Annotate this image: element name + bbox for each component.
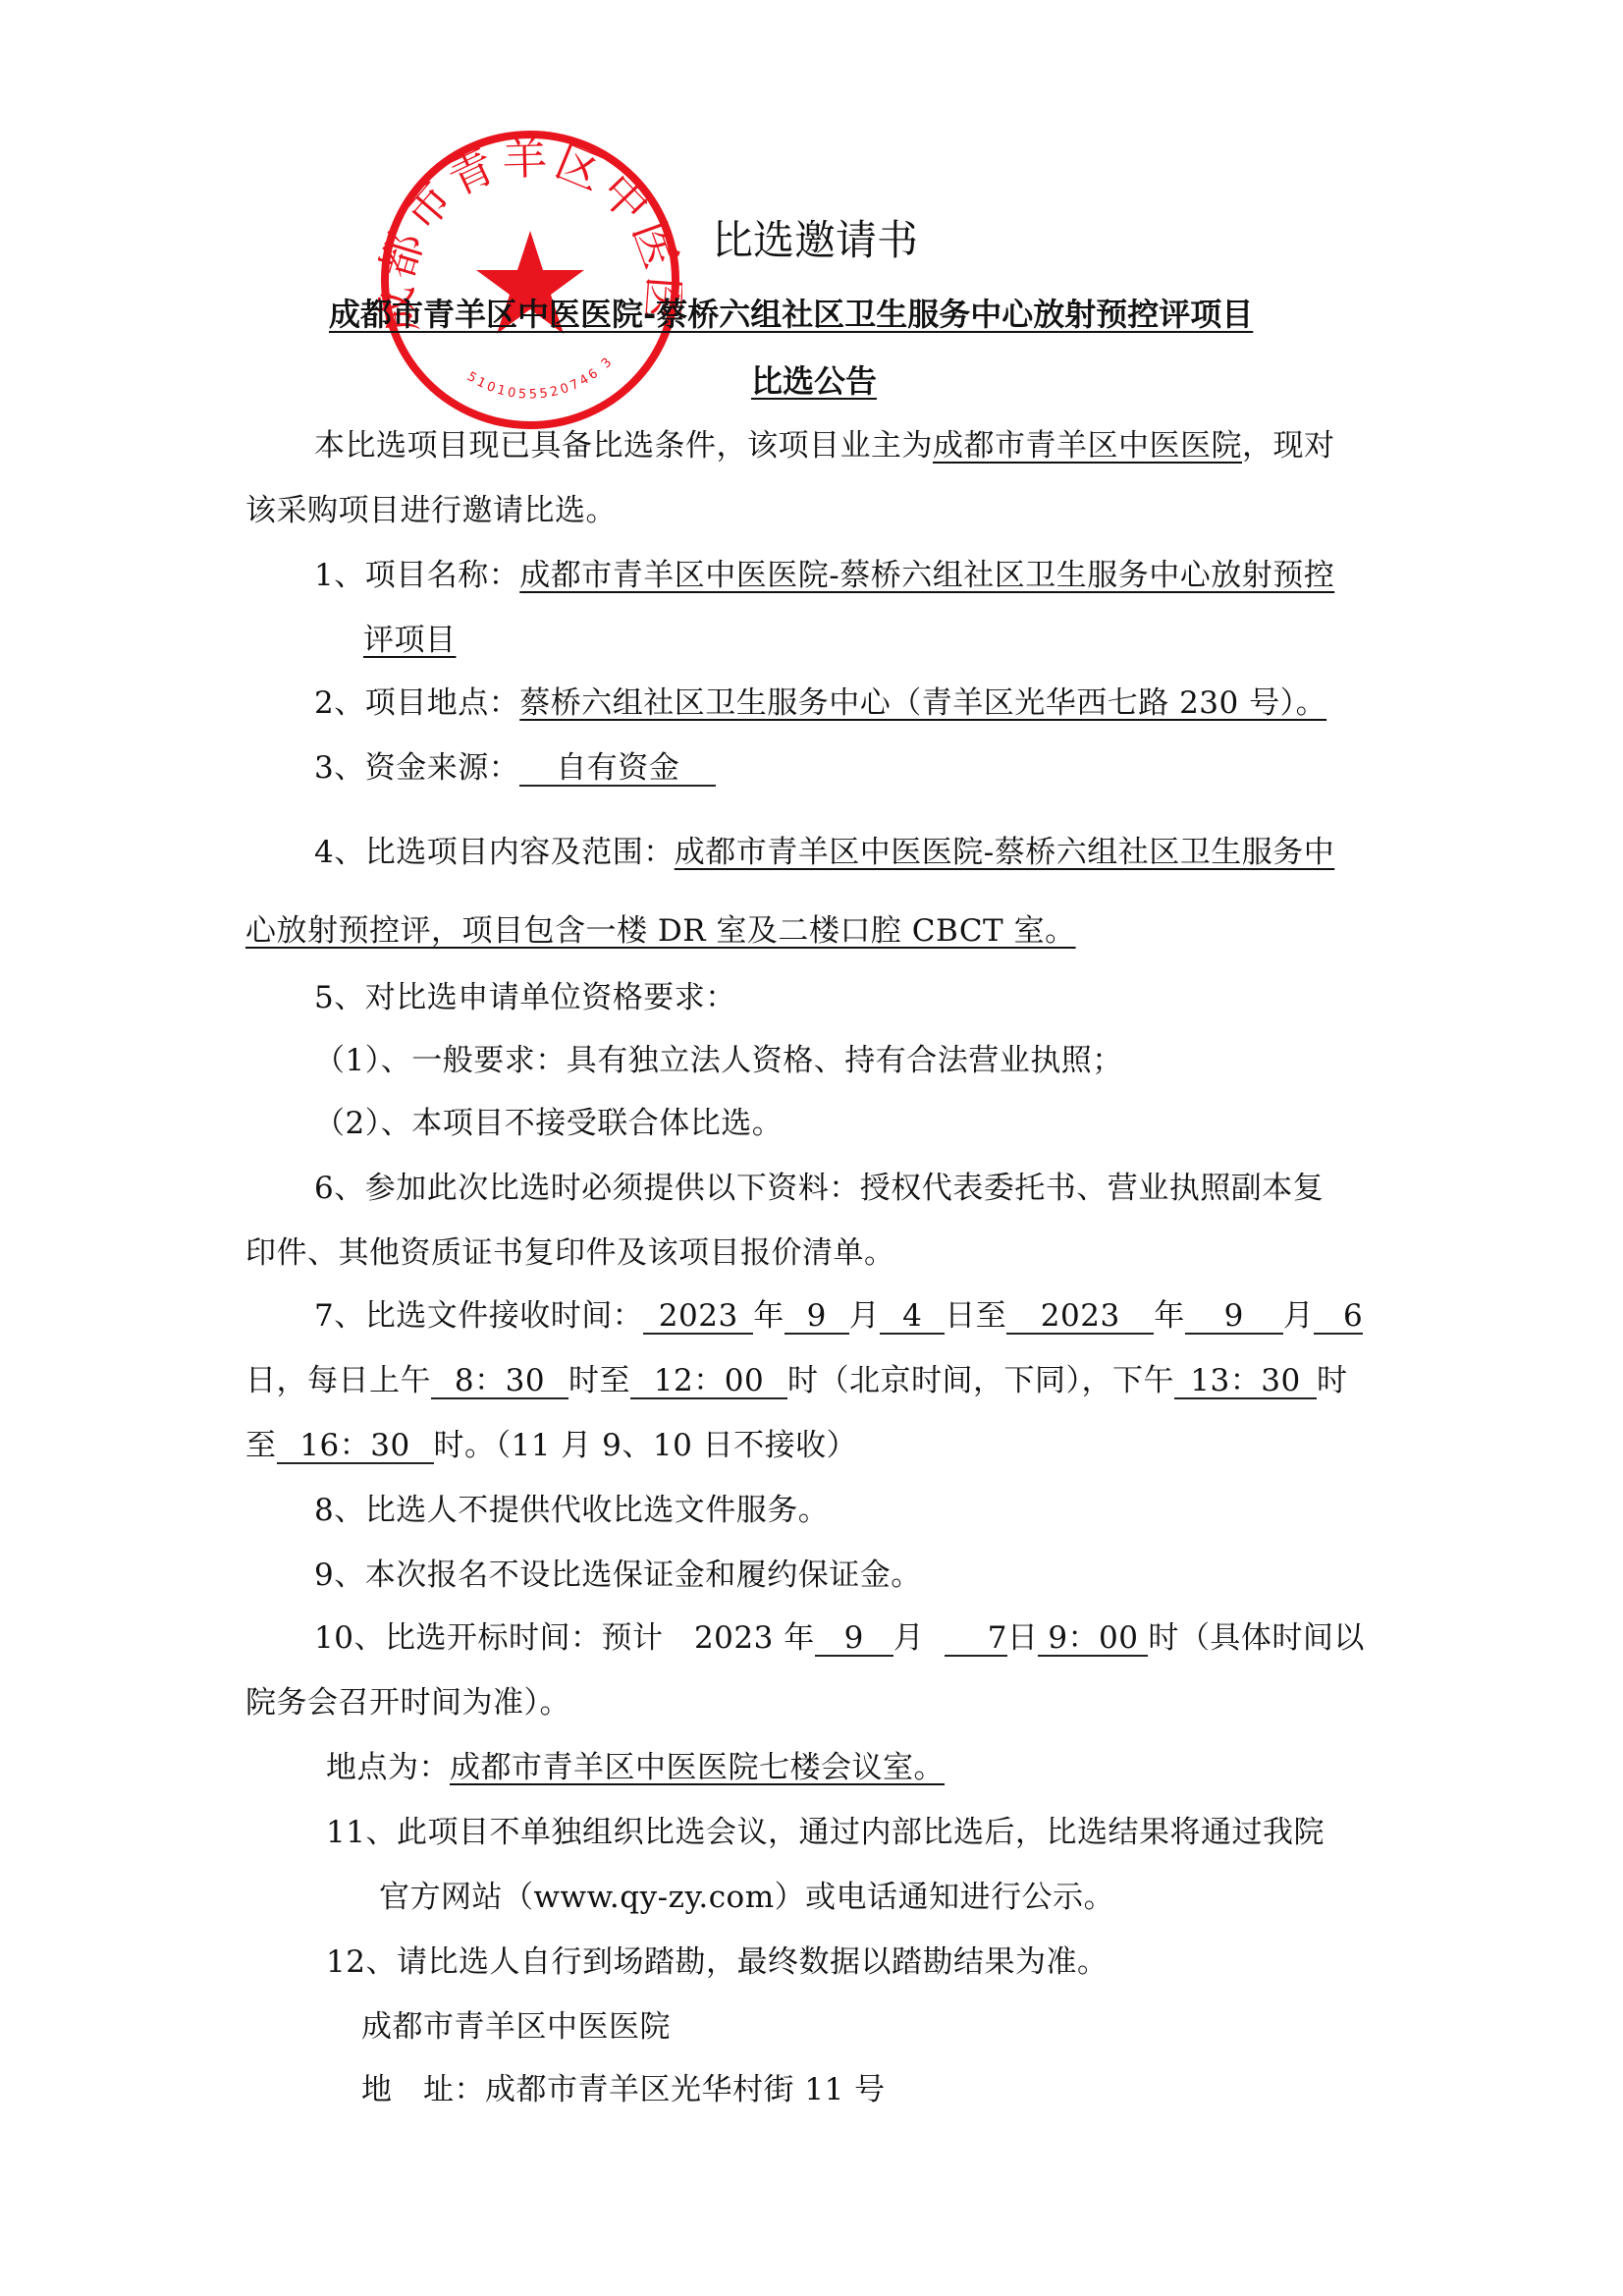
item-6-continued: 印件、其他资质证书复印件及该项目报价清单。	[245, 1233, 895, 1273]
footer-address: 地 址：成都市青羊区光华村街 11 号	[361, 2070, 886, 2109]
item-2-project-location: 2、项目地点：蔡桥六组社区卫生服务中心（青羊区光华西七路 230 号）。	[314, 683, 1326, 723]
item-11-continued: 官方网站（www.qy-zy.com）或电话通知进行公示。	[379, 1878, 1114, 1917]
item-8-no-proxy: 8、比选人不提供代收比选文件服务。	[314, 1491, 829, 1530]
item-1-continued: 评项目	[363, 621, 457, 660]
item-7-daily-hours: 日，每日上午8：30时至12：00时（北京时间，下同），下午13：30时	[245, 1361, 1348, 1400]
subtitle-announcement: 比选公告	[751, 361, 877, 401]
item-5-requirement-1: （1）、一般要求：具有独立法人资格、持有合法营业执照；	[314, 1041, 1123, 1080]
owner-name: 成都市青羊区中医医院	[933, 428, 1242, 464]
item-1-project-name: 1、项目名称：成都市青羊区中医医院-蔡桥六组社区卫生服务中心放射预控	[314, 556, 1334, 595]
item-12-site-survey: 12、请比选人自行到场踏勘，最终数据以踏勘结果为准。	[326, 1942, 1108, 1982]
item-3-funding-source: 3、资金来源：自有资金	[314, 748, 716, 788]
intro-line-2: 该采购项目进行邀请比选。	[245, 491, 617, 530]
item-6-documents: 6、参加此次比选时必须提供以下资料：授权代表委托书、营业执照副本复	[314, 1169, 1324, 1208]
item-4-continued: 心放射预控评，项目包含一楼 DR 室及二楼口腔 CBCT 室。	[245, 911, 1076, 951]
item-4-scope: 4、比选项目内容及范围：成都市青羊区中医医院-蔡桥六组社区卫生服务中	[314, 833, 1334, 872]
item-9-no-deposit: 9、本次报名不设比选保证金和履约保证金。	[314, 1556, 922, 1595]
item-10-place: 地点为：成都市青羊区中医医院七楼会议室。	[326, 1748, 945, 1787]
page-title: 比选邀请书	[712, 216, 918, 265]
seal-code: 5101055520746 3	[464, 354, 618, 403]
item-10-opening-time: 10、比选开标时间：预计 2023 年9月 7日9：00时（具体时间以	[314, 1618, 1365, 1658]
official-seal-icon: 成都市青羊区中医医院 5101055520746 3	[378, 128, 682, 432]
item-5-qualifications: 5、对比选申请单位资格要求：	[314, 978, 736, 1017]
subtitle-project: 成都市青羊区中医医院-蔡桥六组社区卫生服务中心放射预控评项目	[329, 295, 1253, 334]
intro-line-1: 本比选项目现已具备比选条件，该项目业主为成都市青羊区中医医院，现对	[314, 426, 1335, 465]
item-7-receipt-time: 7、比选文件接收时间：2023年9月4日至2023年9月6	[314, 1296, 1363, 1336]
footer-organization: 成都市青羊区中医医院	[361, 2007, 671, 2047]
item-10-continued: 院务会召开时间为准）。	[245, 1683, 570, 1722]
svg-text:5101055520746 3: 5101055520746 3	[464, 354, 618, 403]
item-7-afternoon-end: 至16：30时。（11 月 9、10 日不接收）	[245, 1426, 857, 1465]
item-11-results: 11、此项目不单独组织比选会议，通过内部比选后，比选结果将通过我院	[326, 1813, 1325, 1852]
document-page: 成都市青羊区中医医院 5101055520746 3 比选邀请书 成都市青羊区中…	[0, 0, 1623, 2296]
item-5-requirement-2: （2）、本项目不接受联合体比选。	[314, 1104, 783, 1143]
